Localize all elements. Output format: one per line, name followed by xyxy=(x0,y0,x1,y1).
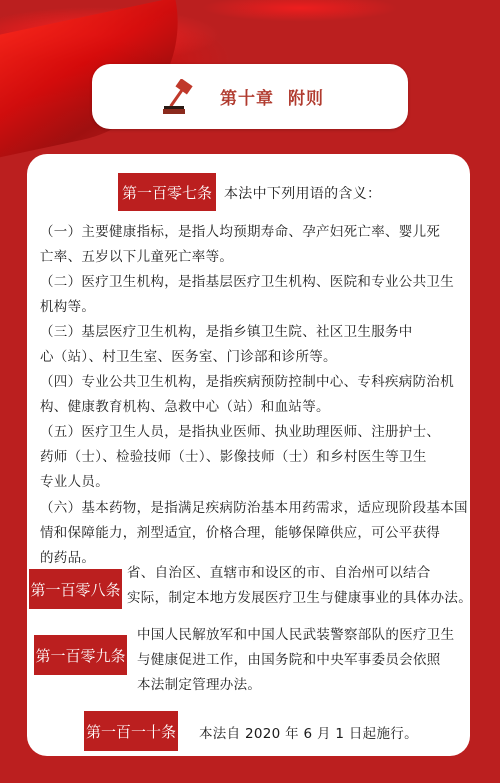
item-3-line-2: 心（站）、村卫生室、医务室、门诊部和诊所等。 xyxy=(40,345,337,365)
chapter-header: 第十章附则 xyxy=(92,64,408,129)
item-6-line-1: （六）基本药物，是指满足疾病防治基本用药需求，适应现阶段基本国 xyxy=(40,496,468,516)
item-4-line-1: （四）专业公共卫生机构，是指疾病预防控制中心、专科疾病防治机 xyxy=(40,370,454,390)
article-109-line-2: 与健康促进工作，由国务院和中央军事委员会依照 xyxy=(137,648,441,668)
item-6-line-2: 情和保障能力，剂型适宜，价格合理，能够保障供应，可公平获得 xyxy=(40,521,440,541)
item-5-line-2: 药师（士）、检验技师（士）、影像技师（士）和乡村医生等卫生 xyxy=(40,445,427,465)
article-109-badge: 第一百零九条 xyxy=(34,635,127,675)
chapter-number: 第十章 xyxy=(220,89,274,109)
gavel-icon xyxy=(162,79,204,115)
item-6-line-3: 的药品。 xyxy=(40,546,95,566)
item-2-line-1: （二）医疗卫生机构，是指基层医疗卫生机构、医院和专业公共卫生 xyxy=(40,270,454,290)
article-107-badge: 第一百零七条 xyxy=(118,173,216,211)
article-109-line-3: 本法制定管理办法。 xyxy=(137,673,261,693)
article-108-line-1: 省、自治区、直辖市和设区的市、自治州可以结合 xyxy=(127,561,431,581)
article-109-line-1: 中国人民解放军和中国人民武装警察部队的医疗卫生 xyxy=(137,623,454,643)
item-1-line-2: 亡率、五岁以下儿童死亡率等。 xyxy=(40,245,233,265)
item-5-line-1: （五）医疗卫生人员，是指执业医师、执业助理医师、注册护士、 xyxy=(40,420,440,440)
item-1-line-1: （一）主要健康指标，是指人均预期寿命、孕产妇死亡率、婴儿死 xyxy=(40,220,440,240)
item-3-line-1: （三）基层医疗卫生机构，是指乡镇卫生院、社区卫生服务中 xyxy=(40,320,413,340)
item-2-line-2: 机构等。 xyxy=(40,295,95,315)
chapter-title: 第十章附则 xyxy=(220,84,338,109)
item-5-line-3: 专业人员。 xyxy=(40,470,109,490)
article-110-badge: 第一百一十条 xyxy=(84,711,178,751)
chapter-name: 附则 xyxy=(288,89,324,109)
article-110-text: 本法自 2020 年 6 月 1 日起施行。 xyxy=(199,722,418,742)
item-4-line-2: 构、健康教育机构、急救中心（站）和血站等。 xyxy=(40,395,330,415)
article-107-intro: 本法中下列用语的含义： xyxy=(224,183,381,203)
article-108-line-2: 实际，制定本地方发展医疗卫生与健康事业的具体办法。 xyxy=(127,586,472,606)
article-108-badge: 第一百零八条 xyxy=(29,569,122,609)
